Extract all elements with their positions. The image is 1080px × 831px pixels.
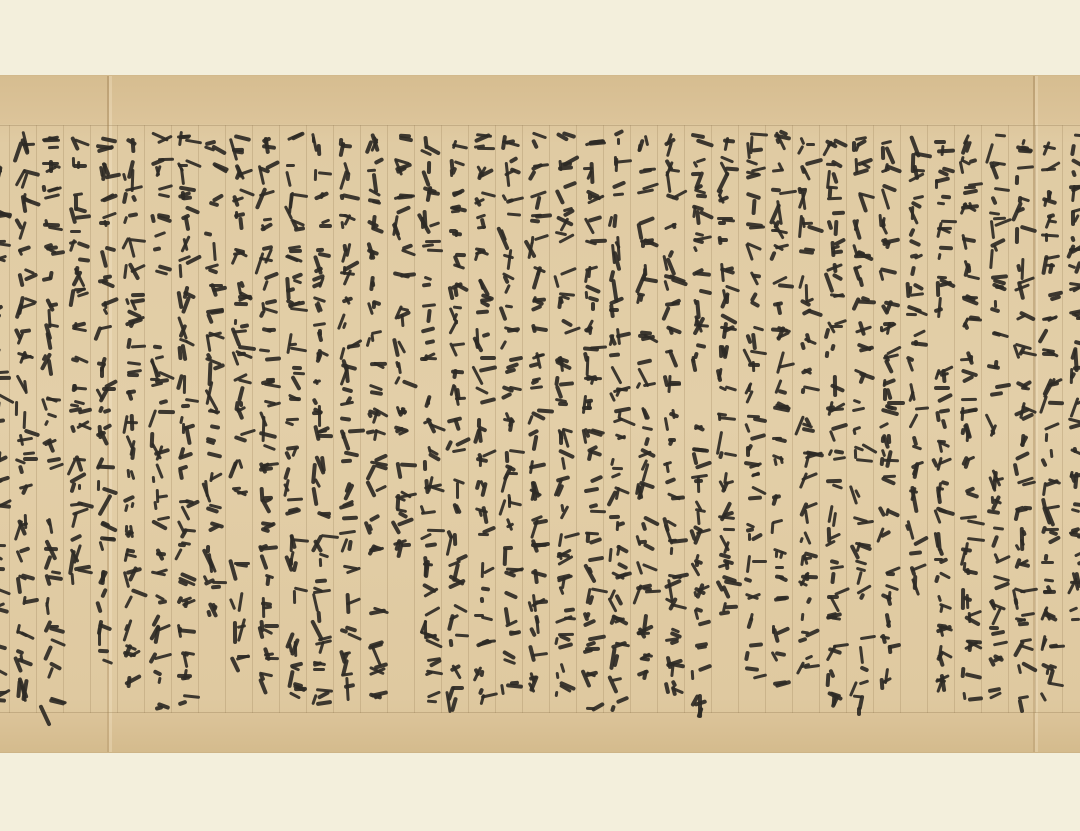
brush-character bbox=[339, 650, 357, 667]
brush-character bbox=[825, 558, 843, 581]
brush-character bbox=[636, 211, 654, 230]
brush-character bbox=[825, 448, 843, 467]
brush-character bbox=[123, 615, 141, 639]
text-column bbox=[0, 125, 9, 713]
brush-character bbox=[690, 311, 708, 334]
brush-character bbox=[987, 326, 1005, 350]
brush-character bbox=[231, 583, 249, 608]
brush-character bbox=[987, 272, 1005, 293]
brush-character bbox=[717, 384, 735, 406]
brush-character bbox=[960, 397, 978, 416]
brush-character bbox=[798, 526, 816, 546]
brush-character bbox=[528, 134, 546, 154]
brush-character bbox=[231, 343, 249, 359]
brush-character bbox=[69, 475, 87, 494]
brush-character bbox=[393, 374, 411, 391]
brush-character bbox=[177, 441, 195, 461]
brush-character bbox=[474, 327, 492, 348]
brush-character bbox=[501, 274, 519, 295]
brush-character bbox=[204, 545, 222, 567]
brush-character bbox=[933, 502, 951, 518]
brush-character bbox=[933, 242, 951, 267]
brush-character bbox=[312, 345, 330, 366]
brush-character bbox=[177, 130, 195, 153]
brush-character bbox=[312, 323, 330, 339]
brush-character bbox=[1014, 526, 1032, 551]
brush-character bbox=[987, 212, 1005, 235]
brush-character bbox=[1041, 604, 1059, 627]
brush-character bbox=[663, 429, 681, 447]
brush-character bbox=[339, 531, 357, 550]
brush-character bbox=[1068, 159, 1080, 177]
brush-character bbox=[1041, 660, 1059, 677]
brush-character bbox=[366, 357, 384, 378]
brush-character bbox=[528, 507, 546, 529]
brush-character bbox=[825, 401, 843, 418]
brush-character bbox=[852, 446, 870, 470]
brush-character bbox=[528, 560, 546, 584]
brush-character bbox=[0, 255, 6, 272]
brush-character bbox=[798, 210, 816, 235]
brush-character bbox=[528, 378, 546, 394]
brush-character bbox=[609, 323, 627, 342]
brush-character bbox=[636, 238, 654, 258]
brush-character bbox=[312, 296, 330, 316]
brush-character bbox=[231, 316, 249, 338]
brush-character bbox=[339, 160, 357, 180]
brush-character bbox=[0, 691, 6, 711]
brush-character bbox=[636, 506, 654, 528]
brush-character bbox=[798, 627, 816, 646]
brush-character bbox=[150, 209, 168, 228]
brush-character bbox=[474, 610, 492, 626]
text-column bbox=[657, 125, 684, 713]
brush-character bbox=[420, 161, 438, 180]
brush-character bbox=[204, 500, 222, 516]
brush-character bbox=[447, 382, 465, 404]
brush-character bbox=[555, 375, 573, 392]
text-column bbox=[441, 125, 468, 713]
brush-character bbox=[258, 461, 276, 479]
brush-character bbox=[528, 481, 546, 503]
text-column bbox=[225, 125, 252, 713]
brush-character bbox=[798, 409, 816, 434]
brush-character bbox=[690, 688, 708, 714]
brush-character bbox=[960, 132, 978, 149]
brush-character bbox=[177, 689, 195, 715]
brush-character bbox=[636, 379, 654, 395]
brush-character bbox=[366, 384, 384, 401]
brush-character bbox=[555, 451, 573, 469]
brush-character bbox=[393, 298, 411, 322]
brush-character bbox=[204, 408, 222, 431]
brush-character bbox=[447, 683, 465, 707]
brush-character bbox=[852, 182, 870, 204]
brush-character bbox=[690, 661, 708, 681]
brush-character bbox=[1041, 444, 1059, 464]
brush-character bbox=[312, 637, 330, 655]
brush-character bbox=[1014, 399, 1032, 422]
brush-character bbox=[879, 345, 897, 371]
brush-character bbox=[204, 573, 222, 591]
brush-character bbox=[501, 383, 519, 402]
brush-character bbox=[1014, 251, 1032, 274]
brush-character bbox=[285, 526, 303, 546]
brush-character bbox=[906, 565, 924, 590]
brush-character bbox=[177, 568, 195, 588]
brush-character bbox=[987, 684, 1005, 705]
brush-character bbox=[42, 567, 60, 587]
brush-character bbox=[1068, 259, 1080, 275]
brush-character bbox=[501, 619, 519, 645]
brush-character bbox=[474, 163, 492, 179]
text-column bbox=[306, 125, 333, 713]
brush-character bbox=[285, 330, 303, 356]
brush-character bbox=[501, 566, 519, 585]
brush-character bbox=[42, 687, 60, 711]
brush-character bbox=[744, 434, 762, 451]
brush-character bbox=[690, 184, 708, 201]
brush-character bbox=[663, 597, 681, 621]
brush-character bbox=[744, 267, 762, 287]
brush-character bbox=[852, 291, 870, 310]
brush-character bbox=[231, 236, 249, 261]
brush-character bbox=[528, 588, 546, 608]
brush-character bbox=[447, 410, 465, 432]
brush-character bbox=[231, 398, 249, 415]
brush-character bbox=[69, 318, 87, 341]
brush-character bbox=[0, 658, 6, 683]
brush-character bbox=[474, 444, 492, 467]
brush-character bbox=[852, 317, 870, 336]
scroll-bottom-margin bbox=[0, 712, 1080, 752]
brush-character bbox=[555, 178, 573, 198]
text-column bbox=[117, 125, 144, 713]
brush-character bbox=[1014, 427, 1032, 444]
brush-character bbox=[339, 337, 357, 353]
brush-character bbox=[825, 527, 843, 550]
brush-character bbox=[69, 562, 87, 579]
brush-character bbox=[582, 420, 600, 440]
brush-character bbox=[555, 205, 573, 226]
brush-character bbox=[258, 133, 276, 151]
brush-character bbox=[42, 410, 60, 431]
brush-character bbox=[69, 373, 87, 395]
brush-character bbox=[258, 672, 276, 689]
brush-character bbox=[609, 560, 627, 581]
brush-character bbox=[339, 499, 357, 523]
brush-character bbox=[0, 604, 6, 622]
brush-character bbox=[258, 156, 276, 179]
brush-character bbox=[933, 386, 951, 405]
brush-character bbox=[690, 260, 708, 279]
brush-character bbox=[177, 365, 195, 386]
brush-character bbox=[960, 422, 978, 441]
brush-character bbox=[420, 528, 438, 550]
brush-character bbox=[852, 265, 870, 286]
brush-character bbox=[501, 464, 519, 486]
brush-character bbox=[555, 232, 573, 251]
brush-character bbox=[1068, 182, 1080, 200]
brush-character bbox=[879, 265, 897, 284]
brush-character bbox=[15, 594, 33, 615]
brush-character bbox=[987, 492, 1005, 517]
brush-character bbox=[0, 581, 6, 598]
brush-character bbox=[879, 319, 897, 337]
brush-character bbox=[852, 534, 870, 552]
brush-character bbox=[825, 210, 843, 233]
brush-character bbox=[717, 470, 735, 494]
brush-character bbox=[447, 660, 465, 677]
brush-character bbox=[285, 466, 303, 489]
brush-character bbox=[582, 238, 600, 259]
brush-character bbox=[285, 495, 303, 519]
brush-character bbox=[663, 404, 681, 424]
brush-character bbox=[960, 260, 978, 283]
brush-character bbox=[663, 477, 681, 502]
brush-character bbox=[798, 158, 816, 175]
brush-character bbox=[960, 312, 978, 335]
brush-character bbox=[690, 157, 708, 179]
brush-character bbox=[150, 370, 168, 394]
brush-character bbox=[852, 560, 870, 581]
brush-character bbox=[987, 411, 1005, 435]
brush-character bbox=[420, 656, 438, 681]
brush-character bbox=[447, 204, 465, 220]
brush-character bbox=[609, 637, 627, 660]
brush-character bbox=[636, 427, 654, 443]
brush-character bbox=[744, 348, 762, 373]
brush-character bbox=[42, 131, 60, 152]
brush-character bbox=[285, 681, 303, 700]
brush-character bbox=[1068, 391, 1080, 414]
brush-character bbox=[420, 209, 438, 232]
brush-character bbox=[0, 364, 6, 386]
brush-character bbox=[1068, 365, 1080, 386]
brush-character bbox=[96, 239, 114, 260]
brush-character bbox=[771, 299, 789, 317]
brush-character bbox=[123, 410, 141, 430]
brush-character bbox=[501, 650, 519, 669]
text-column bbox=[738, 125, 765, 713]
brush-character bbox=[960, 233, 978, 252]
brush-character bbox=[555, 132, 573, 150]
brush-character bbox=[636, 535, 654, 553]
brush-character bbox=[1041, 472, 1059, 489]
brush-character bbox=[366, 630, 384, 653]
brush-character bbox=[15, 537, 33, 558]
text-column bbox=[792, 125, 819, 713]
brush-character bbox=[420, 298, 438, 316]
text-column bbox=[981, 125, 1008, 713]
text-column bbox=[360, 125, 387, 713]
brush-character bbox=[960, 689, 978, 706]
brush-character bbox=[447, 159, 465, 176]
brush-character bbox=[447, 180, 465, 200]
brush-character bbox=[204, 304, 222, 320]
brush-character bbox=[528, 346, 546, 371]
brush-character bbox=[123, 209, 141, 227]
brush-character bbox=[69, 399, 87, 416]
brush-character bbox=[123, 312, 141, 329]
brush-character bbox=[447, 333, 465, 350]
brush-character bbox=[771, 455, 789, 473]
brush-character bbox=[123, 385, 141, 403]
brush-character bbox=[42, 640, 60, 658]
brush-character bbox=[258, 543, 276, 561]
brush-character bbox=[447, 253, 465, 273]
brush-character bbox=[609, 609, 627, 630]
brush-character bbox=[258, 187, 276, 213]
brush-character bbox=[0, 473, 6, 490]
brush-character bbox=[663, 346, 681, 368]
brush-character bbox=[1041, 160, 1059, 183]
brush-character bbox=[933, 618, 951, 638]
brush-character bbox=[1014, 223, 1032, 244]
brush-character bbox=[393, 536, 411, 556]
brush-character bbox=[663, 269, 681, 288]
brush-character bbox=[393, 181, 411, 202]
brush-character bbox=[69, 155, 87, 178]
brush-character bbox=[15, 649, 33, 667]
brush-character bbox=[177, 257, 195, 278]
brush-character bbox=[474, 187, 492, 209]
brush-character bbox=[609, 348, 627, 374]
text-column bbox=[198, 125, 225, 713]
brush-character bbox=[285, 246, 303, 265]
brush-character bbox=[636, 319, 654, 345]
brush-character bbox=[150, 564, 168, 583]
brush-character bbox=[1041, 526, 1059, 545]
brush-character bbox=[339, 261, 357, 278]
brush-character bbox=[1041, 252, 1059, 274]
brush-character bbox=[366, 480, 384, 506]
brush-character bbox=[1014, 479, 1032, 501]
brush-character bbox=[393, 153, 411, 175]
brush-character bbox=[393, 352, 411, 369]
brush-character bbox=[96, 586, 114, 610]
brush-character bbox=[744, 459, 762, 480]
brush-character bbox=[1041, 189, 1059, 205]
text-column bbox=[711, 125, 738, 713]
brush-character bbox=[609, 665, 627, 688]
brush-character bbox=[609, 235, 627, 260]
brush-character bbox=[555, 420, 573, 444]
brush-character bbox=[285, 130, 303, 154]
brush-character bbox=[339, 621, 357, 645]
brush-character bbox=[258, 620, 276, 640]
brush-character bbox=[879, 213, 897, 231]
brush-character bbox=[906, 282, 924, 300]
brush-character bbox=[1014, 687, 1032, 709]
brush-character bbox=[420, 581, 438, 602]
brush-character bbox=[798, 596, 816, 619]
brush-character bbox=[1041, 282, 1059, 307]
brush-character bbox=[825, 498, 843, 521]
brush-character bbox=[204, 325, 222, 343]
brush-character bbox=[555, 550, 573, 567]
brush-character bbox=[474, 525, 492, 549]
brush-character bbox=[501, 356, 519, 377]
brush-character bbox=[420, 382, 438, 408]
brush-character bbox=[1041, 364, 1059, 388]
brush-character bbox=[1041, 575, 1059, 596]
brush-character bbox=[96, 186, 114, 203]
brush-character bbox=[177, 540, 195, 560]
brush-character bbox=[474, 474, 492, 492]
brush-character bbox=[771, 641, 789, 664]
brush-character bbox=[177, 466, 195, 488]
brush-character bbox=[42, 293, 60, 315]
brush-character bbox=[312, 661, 330, 678]
brush-character bbox=[339, 673, 357, 698]
brush-character bbox=[906, 223, 924, 247]
brush-character bbox=[312, 505, 330, 523]
brush-character bbox=[609, 588, 627, 605]
brush-character bbox=[555, 527, 573, 544]
brush-character bbox=[636, 402, 654, 420]
brush-character bbox=[312, 396, 330, 419]
brush-character bbox=[798, 328, 816, 353]
brush-character bbox=[258, 568, 276, 586]
brush-character bbox=[960, 179, 978, 197]
brush-character bbox=[366, 405, 384, 424]
brush-character bbox=[771, 427, 789, 448]
brush-character bbox=[582, 689, 600, 714]
brush-character bbox=[312, 606, 330, 631]
brush-character bbox=[339, 557, 357, 582]
brush-character bbox=[177, 230, 195, 249]
brush-character bbox=[582, 156, 600, 178]
brush-character bbox=[744, 404, 762, 430]
brush-character bbox=[1014, 505, 1032, 521]
brush-character bbox=[636, 478, 654, 500]
brush-character bbox=[474, 353, 492, 378]
brush-character bbox=[474, 238, 492, 262]
brush-character bbox=[879, 502, 897, 519]
brush-character bbox=[150, 667, 168, 687]
brush-character bbox=[15, 294, 33, 319]
brush-character bbox=[420, 500, 438, 521]
brush-character bbox=[150, 156, 168, 173]
brush-character bbox=[312, 267, 330, 291]
brush-character bbox=[339, 589, 357, 614]
brush-character bbox=[906, 195, 924, 217]
brush-character bbox=[582, 285, 600, 311]
brush-character bbox=[339, 358, 357, 379]
brush-character bbox=[825, 318, 843, 335]
brush-character bbox=[177, 182, 195, 203]
brush-character bbox=[474, 684, 492, 701]
brush-character bbox=[852, 240, 870, 261]
brush-character bbox=[258, 300, 276, 318]
text-column bbox=[522, 125, 549, 713]
brush-character bbox=[501, 408, 519, 434]
brush-character bbox=[15, 131, 33, 156]
brush-character bbox=[717, 261, 735, 282]
brush-character bbox=[771, 565, 789, 583]
brush-character bbox=[366, 158, 384, 180]
brush-character bbox=[879, 585, 897, 605]
brush-character bbox=[690, 525, 708, 544]
brush-character bbox=[1014, 310, 1032, 336]
brush-character bbox=[339, 129, 357, 153]
brush-character bbox=[312, 528, 330, 547]
brush-character bbox=[744, 380, 762, 398]
brush-character bbox=[852, 395, 870, 416]
brush-character bbox=[501, 190, 519, 206]
brush-character bbox=[0, 205, 6, 226]
